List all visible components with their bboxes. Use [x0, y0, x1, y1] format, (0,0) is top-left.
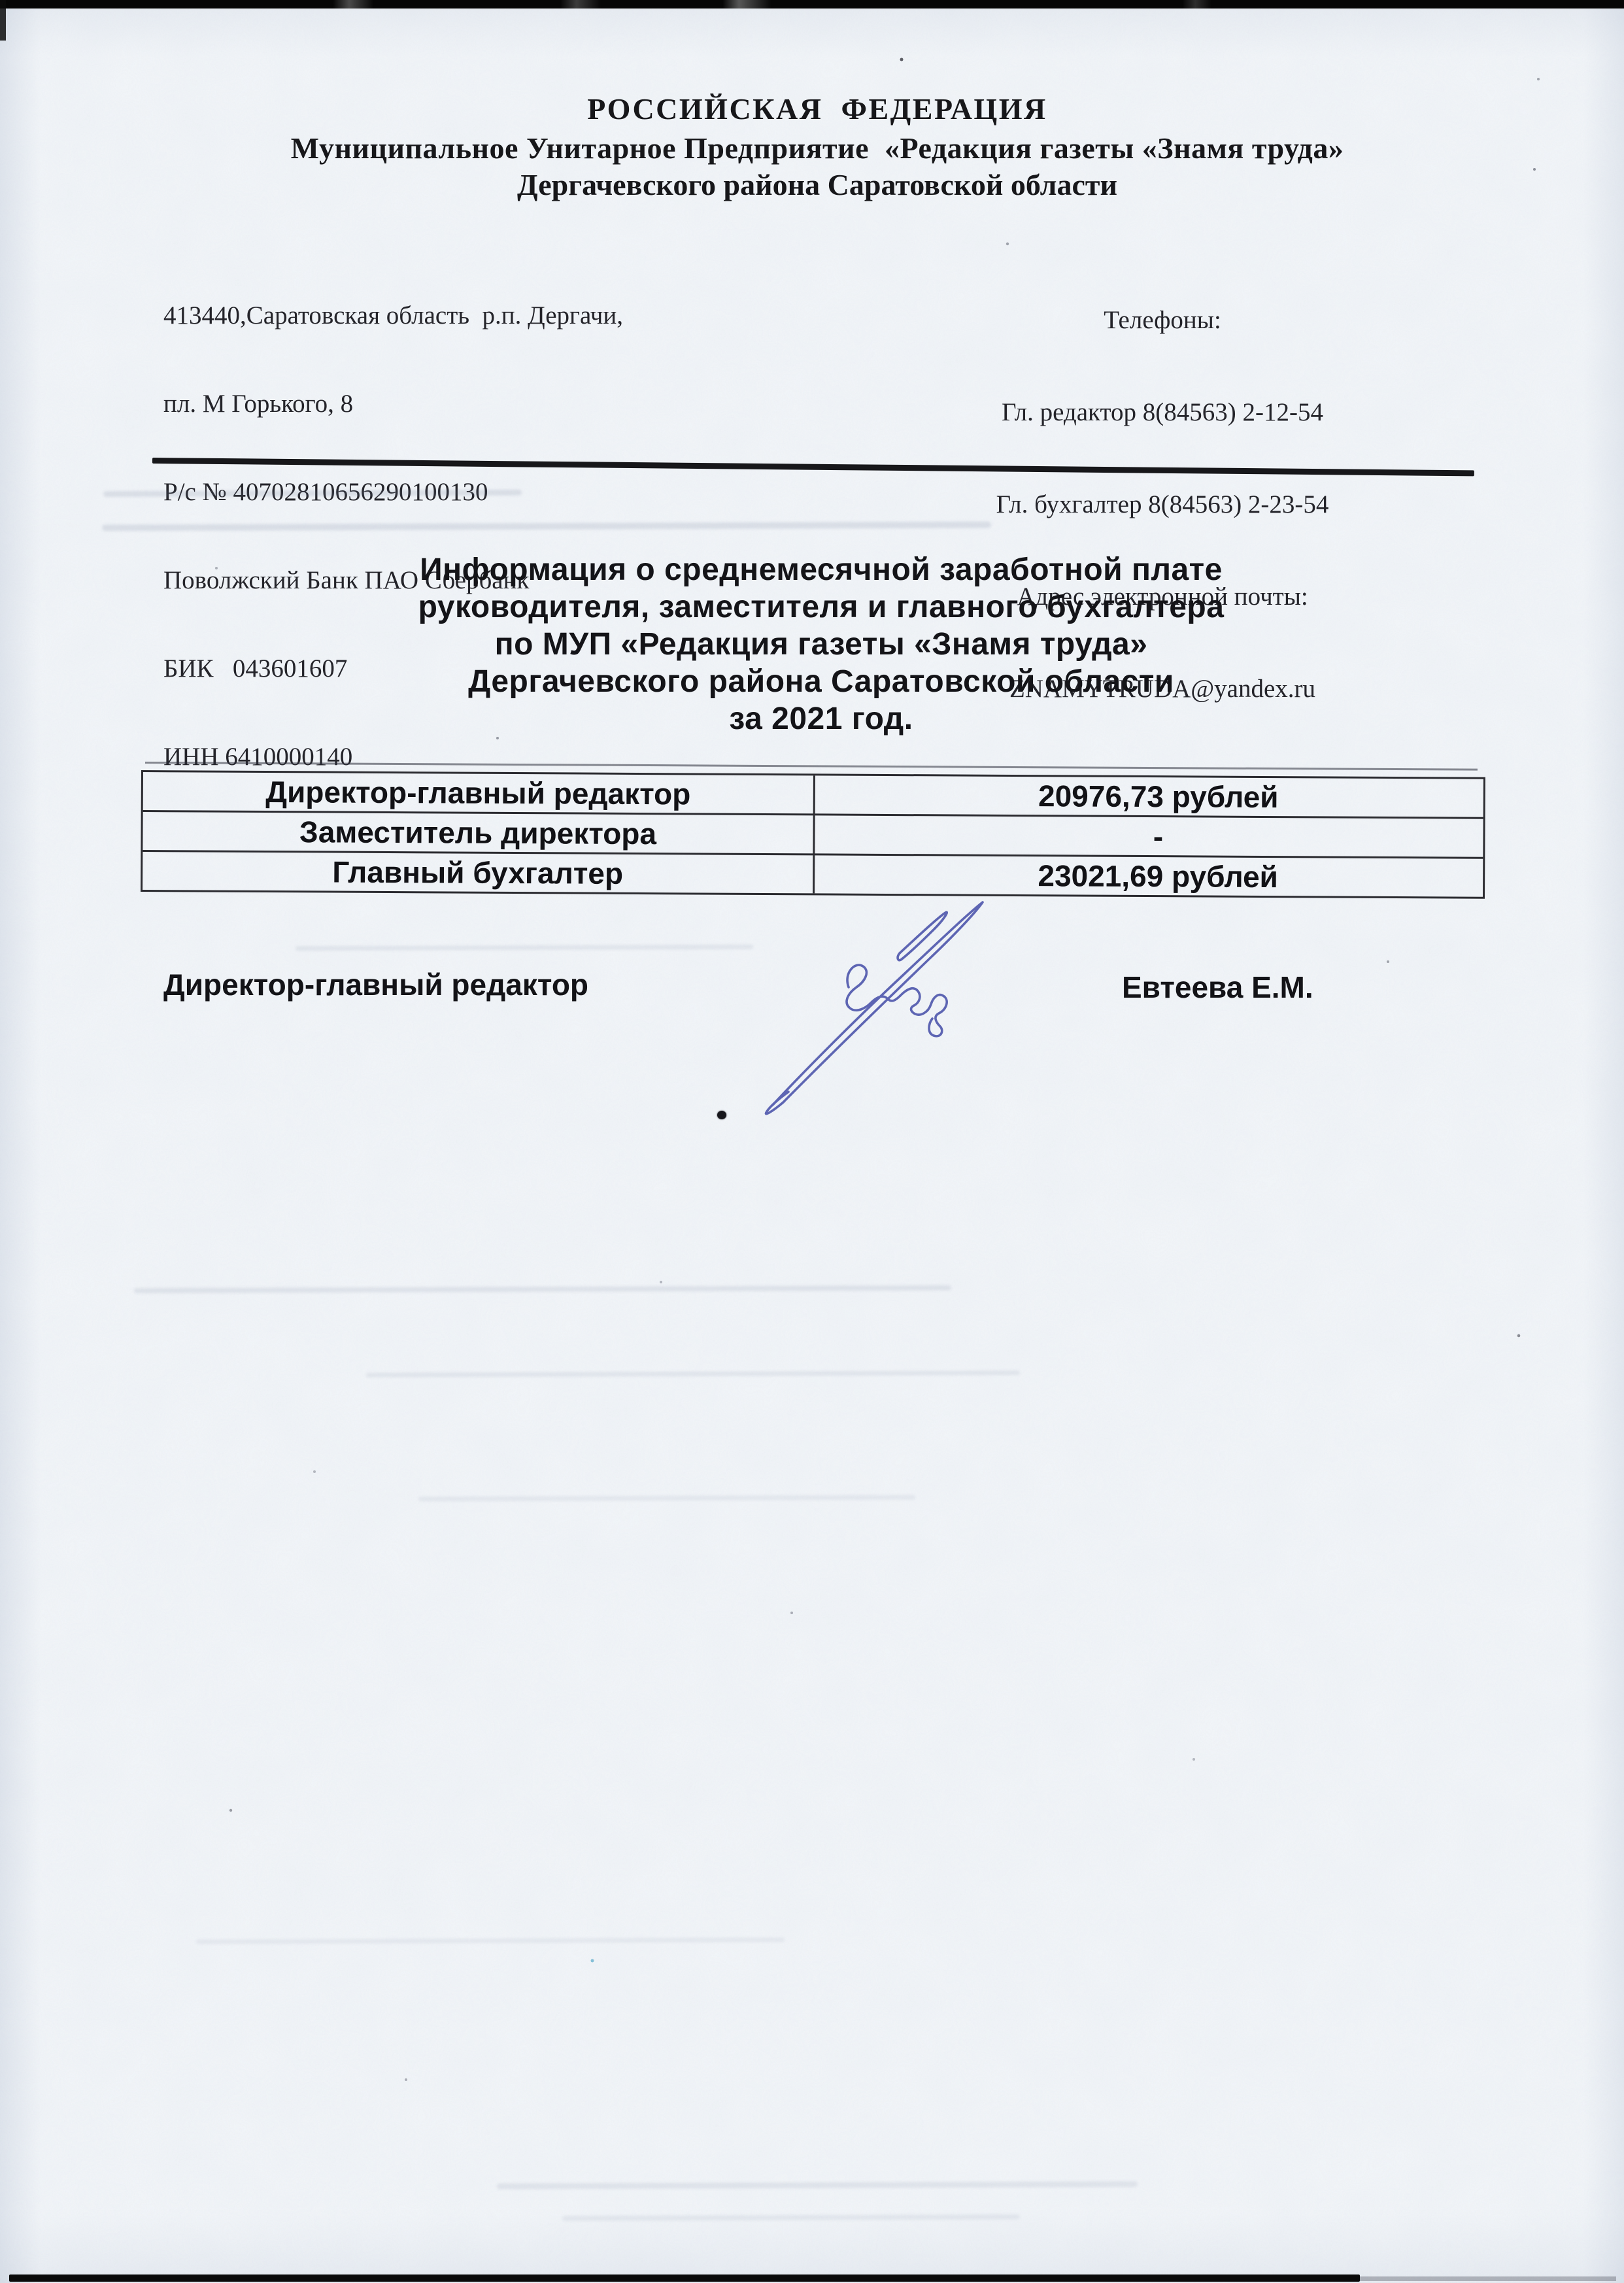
bleedthrough-line [562, 2214, 1020, 2221]
scanned-document-page: РОССИЙСКАЯ ФЕДЕРАЦИЯ Муниципальное Унита… [0, 0, 1624, 2283]
title-line: Дергачевского района Саратовской области [9, 663, 1624, 700]
title-line: за 2021 год. [9, 700, 1624, 737]
requisites-address-block: 413440,Саратовская область р.п. Дергачи,… [163, 242, 623, 830]
ink-dot [717, 1111, 726, 1119]
bleedthrough-line [134, 1285, 951, 1293]
table-row: Главный бухгалтер 23021,69 рублей [143, 852, 1483, 897]
position-cell: Главный бухгалтер [143, 852, 815, 893]
title-line: руководителя, заместителя и главного бух… [9, 588, 1624, 626]
scanner-edge-top [0, 0, 1624, 8]
contacts-title: Телефоны: [927, 305, 1398, 335]
address-line: пл. М Горького, 8 [163, 389, 623, 418]
letterhead-organization: Муниципальное Унитарное Предприятие «Ред… [5, 131, 1624, 165]
table-row: Заместитель директора - [143, 812, 1483, 859]
bleedthrough-line [196, 1937, 785, 1944]
scanner-edge-left-nub [0, 0, 6, 41]
table-row: Директор-главный редактор 20976,73 рубле… [143, 772, 1483, 819]
phone-accountant: Гл. бухгалтер 8(84563) 2-23-54 [927, 489, 1398, 520]
inn-line: ИНН 6410000140 [163, 742, 623, 771]
signoff-position-label: Директор-главный редактор [163, 967, 588, 1002]
title-line: по МУП «Редакция газеты «Знамя труда» [9, 626, 1624, 663]
salary-cell: - [815, 815, 1483, 858]
bleedthrough-line [497, 2181, 1138, 2189]
bleedthrough-line [366, 1370, 1020, 1377]
document-title: Информация о среднемесячной заработной п… [9, 551, 1624, 737]
title-line: Информация о среднемесячной заработной п… [9, 551, 1624, 588]
signoff-name: Евтеева Е.М. [1122, 970, 1313, 1005]
bleedthrough-line [418, 1495, 915, 1502]
handwritten-signature [745, 875, 1007, 1143]
letterhead-country: РОССИЙСКАЯ ФЕДЕРАЦИЯ [5, 92, 1624, 126]
letterhead-district: Дергачевского района Саратовской области [5, 167, 1624, 202]
salary-cell: 20976,73 рублей [815, 775, 1483, 819]
address-line: 413440,Саратовская область р.п. Дергачи, [163, 301, 623, 330]
scanner-edge-bottom-faint [1360, 2276, 1616, 2281]
position-cell: Заместитель директора [143, 812, 815, 855]
salary-table: Директор-главный редактор 20976,73 рубле… [141, 770, 1485, 899]
phone-editor: Гл. редактор 8(84563) 2-12-54 [927, 397, 1398, 428]
position-cell: Директор-главный редактор [143, 772, 815, 815]
bleedthrough-line [296, 945, 753, 951]
salary-cell: 23021,69 рублей [815, 855, 1483, 896]
scanner-edge-bottom [9, 2275, 1360, 2282]
